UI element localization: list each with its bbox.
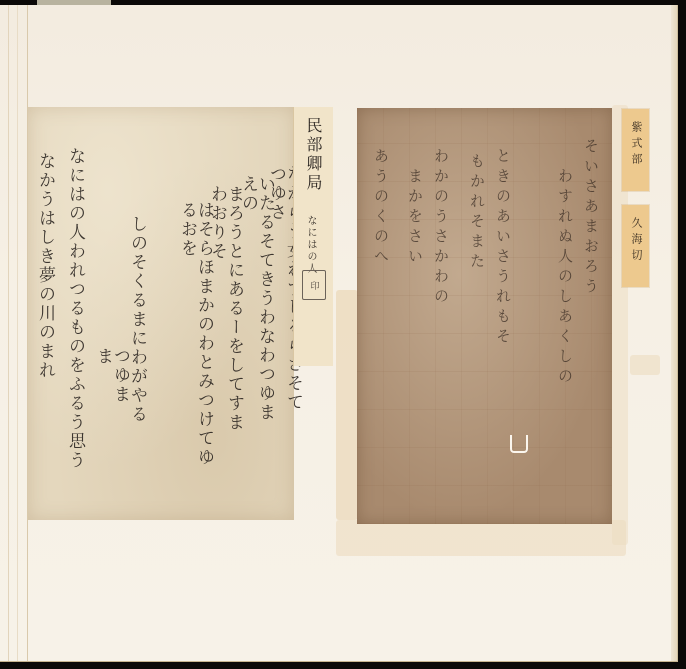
calligraphy-column: つゆまま <box>94 347 128 417</box>
title-slip-label: 紫式部 <box>628 121 644 169</box>
page-edge <box>671 5 677 661</box>
paper-damage-mark <box>510 435 528 453</box>
calligraphy-column: いたるそてきうわなわつゆまえの <box>239 175 273 425</box>
page-fold-line <box>8 5 9 661</box>
calligraphy-column: もかれそまた <box>469 153 484 303</box>
calligraphy-column: まかをさい <box>407 168 422 388</box>
calligraphy-column: そいさあまおろう <box>583 138 598 468</box>
seal-stamp-icon: 印 <box>302 270 326 300</box>
attribution-subtitle: なにはの人 <box>303 215 318 275</box>
attribution-label: 民部卿局 なにはの人 印 <box>293 107 333 366</box>
calligraphy-column: なにはの人われつるものをふるう思う <box>66 147 83 477</box>
attribution-title: 民部卿局 <box>302 117 325 193</box>
title-slip-label: 久海切 <box>628 217 644 265</box>
calligraphy-column: わすれぬ人のしあくしの <box>557 168 572 498</box>
calligraphy-column: ときのあいさうれもそ <box>495 148 510 458</box>
repair-stain <box>336 520 626 556</box>
title-slip: 久海切 <box>622 205 649 287</box>
calligraphy-column: はそらほまかのわとみつけてゆるおを <box>178 201 212 481</box>
calligraphy-column: しのそくるまにわがやる <box>128 215 145 435</box>
album-page: なからう女わすしるらさそてつゆさ いたるそてきうわなわつゆまえの まろうとにある… <box>0 5 678 662</box>
repair-stain <box>336 290 358 520</box>
right-manuscript-fragment: そいさあまおろう わすれぬ人のしあくしの ときのあいさうれもそ もかれそまた わ… <box>357 108 612 524</box>
calligraphy-column: わかのうさかわの <box>433 148 448 488</box>
left-manuscript-fragment: なからう女わすしるらさそてつゆさ いたるそてきうわなわつゆまえの まろうとにある… <box>28 107 294 520</box>
calligraphy-column: あうのくのへ <box>373 148 388 478</box>
page-fold-line <box>17 5 18 661</box>
title-slip: 紫式部 <box>622 109 649 191</box>
repair-stain <box>630 355 660 375</box>
calligraphy-column: なかうはしき夢の川のまれ <box>36 152 53 437</box>
